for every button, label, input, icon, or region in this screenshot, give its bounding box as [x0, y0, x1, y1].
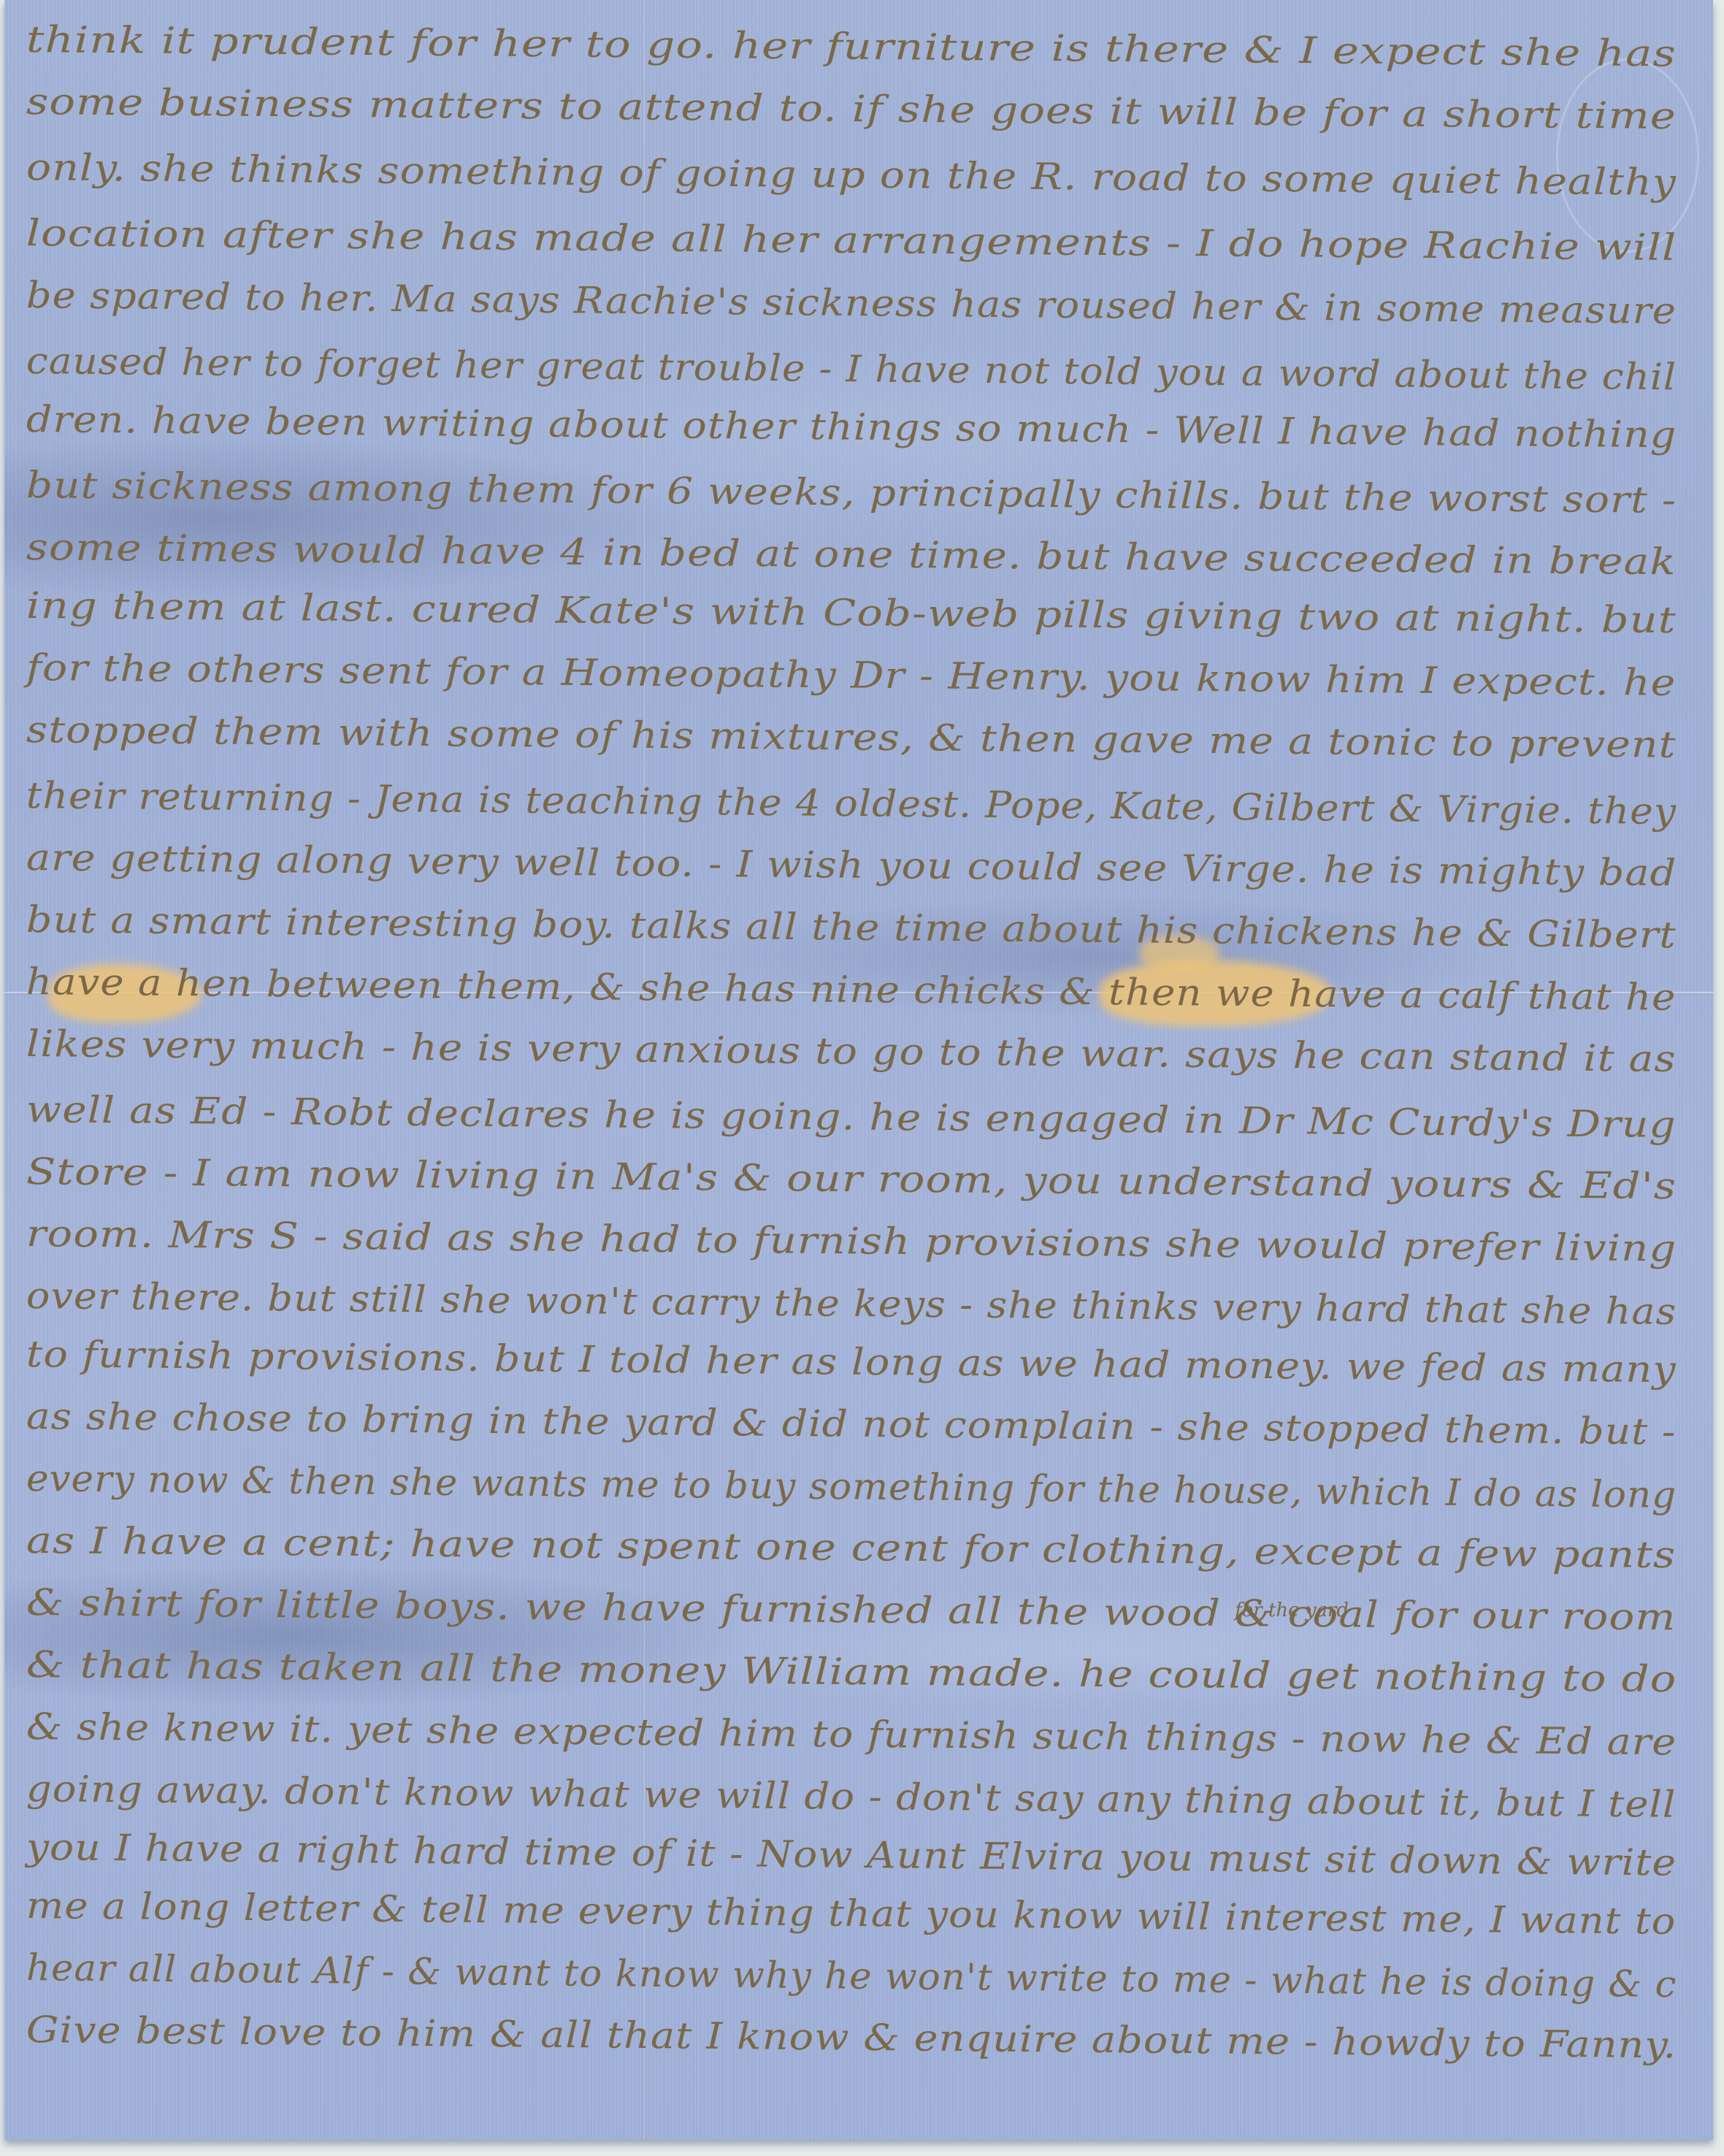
letter-line: only. she thinks something of going up o… — [26, 146, 1677, 204]
letter-line: as she chose to bring in the yard & did … — [26, 1395, 1677, 1453]
letter-line: every now & then she wants me to buy som… — [26, 1457, 1677, 1516]
letter-line: going away. don't know what we will do -… — [26, 1767, 1677, 1826]
letter-page: think it prudent for her to go. her furn… — [4, 0, 1713, 2140]
letter-line: caused her to forget her great trouble -… — [26, 340, 1677, 398]
letter-line: but sickness among them for 6 weeks, pri… — [26, 464, 1677, 521]
letter-line: dren. have been writing about other thin… — [26, 398, 1677, 456]
letter-scan: think it prudent for her to go. her furn… — [0, 0, 1724, 2156]
interlinear-insertion: for the yard — [1235, 1599, 1349, 1621]
letter-line: room. Mrs S - said as she had to furnish… — [26, 1212, 1677, 1270]
embossed-watermark — [1556, 58, 1699, 253]
letter-line: Give best love to him & all that I know … — [26, 2008, 1677, 2066]
letter-line: are getting along very well too. - I wis… — [26, 836, 1677, 894]
letter-line: & that has taken all the money William m… — [26, 1643, 1677, 1700]
letter-line: some business matters to attend to. if s… — [26, 80, 1677, 137]
letter-line: me a long letter & tell me every thing t… — [26, 1884, 1677, 1943]
letter-line: over there. but still she won't carry th… — [26, 1274, 1677, 1333]
letter-line: be spared to her. Ma says Rachie's sickn… — [26, 274, 1677, 332]
letter-line: have a hen between them, & she has nine … — [26, 960, 1677, 1019]
letter-line: hear all about Alf - & want to know why … — [26, 1946, 1677, 2006]
letter-line: think it prudent for her to go. her furn… — [26, 18, 1677, 75]
letter-line: Store - I am now living in Ma's & our ro… — [26, 1150, 1677, 1207]
letter-line: likes very much - he is very anxious to … — [26, 1022, 1677, 1080]
letter-line: their returning - Jena is teaching the 4… — [26, 774, 1677, 833]
letter-line: & shirt for little boys. we have furnish… — [26, 1581, 1677, 1638]
letter-line: location after she has made all her arra… — [26, 212, 1677, 269]
letter-line: you I have a right hard time of it - Now… — [26, 1826, 1677, 1884]
letter-line: ing them at last. cured Kate's with Cob-… — [26, 584, 1677, 641]
letter-line: & she knew it. yet she expected him to f… — [26, 1705, 1677, 1763]
letter-line: for the others sent for a Homeopathy Dr … — [26, 646, 1677, 704]
letter-line: as I have a cent; have not spent one cen… — [26, 1519, 1677, 1576]
letter-line: stopped them with some of his mixtures, … — [26, 708, 1677, 766]
letter-line: to furnish provisions. but I told her as… — [26, 1333, 1677, 1391]
letter-line: some times would have 4 in bed at one ti… — [26, 526, 1677, 583]
letter-line: but a smart interesting boy. talks all t… — [26, 898, 1677, 956]
letter-line: well as Ed - Robt declares he is going. … — [26, 1088, 1677, 1146]
